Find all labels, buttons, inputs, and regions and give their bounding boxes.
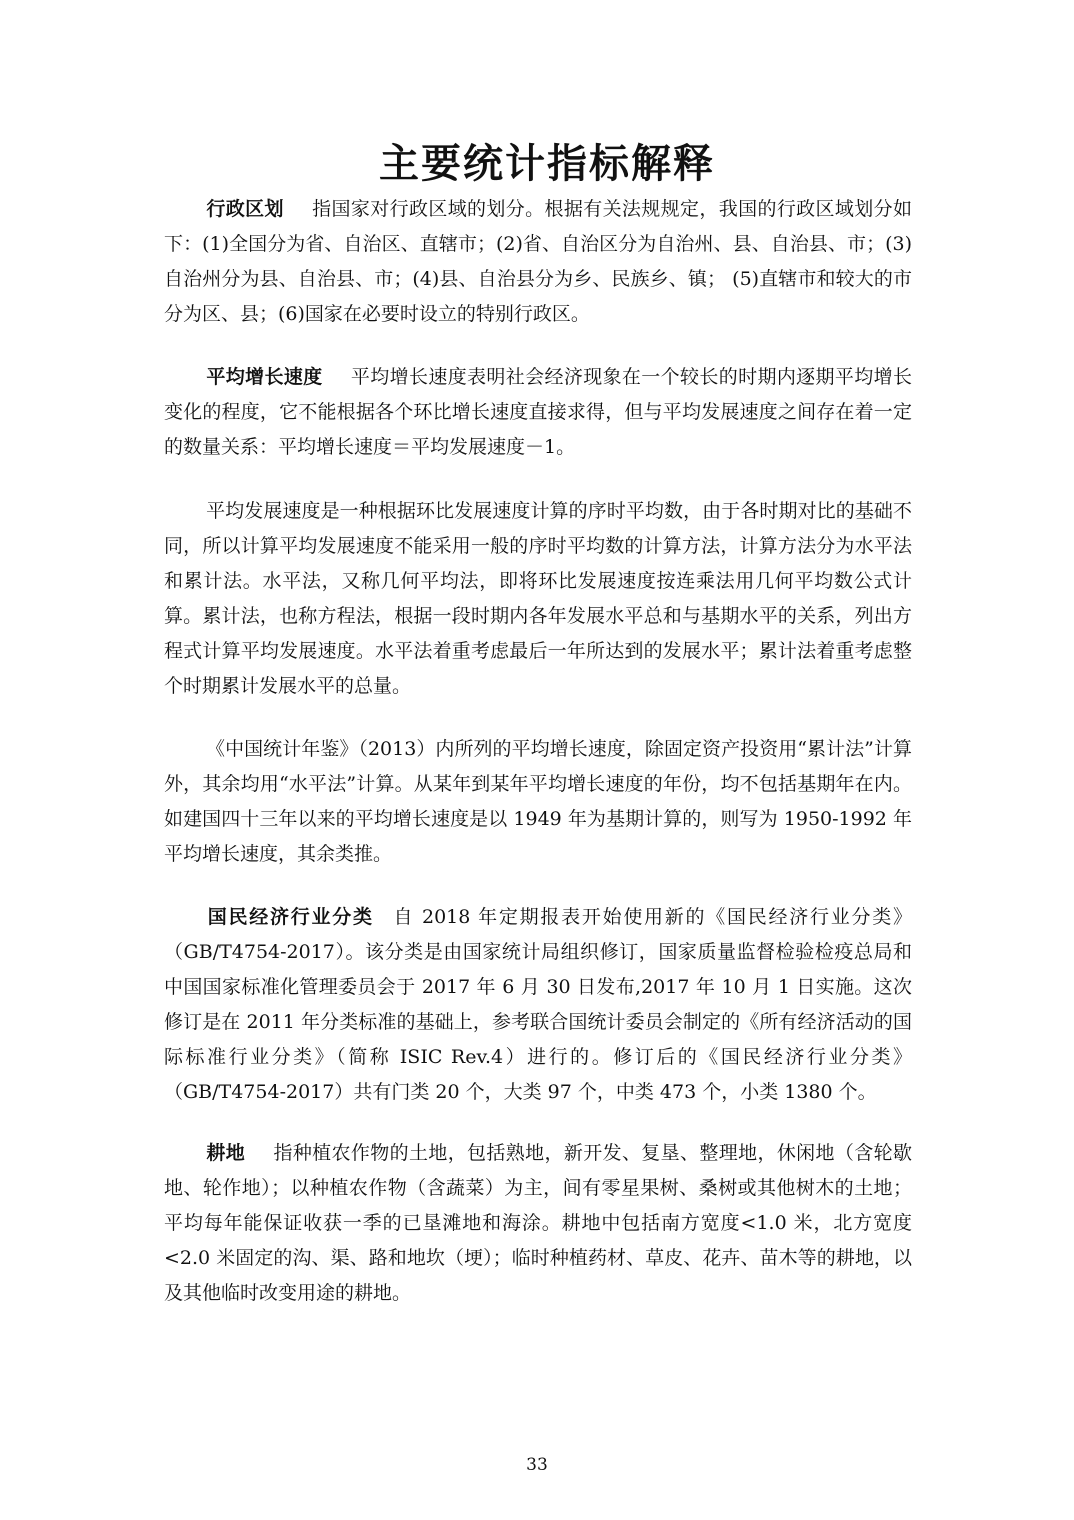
term-heading: 行政区划 — [206, 198, 284, 220]
section-industry-classification: 国民经济行业分类自 2018 年定期报表开始使用新的《国民经济行业分类》（GB/… — [164, 900, 912, 1110]
section-cultivated-land: 耕地指种植农作物的土地，包括熟地，新开发、复垦、整理地，休闲地（含轮歇地、轮作地… — [164, 1136, 912, 1311]
section-body: 平均发展速度是一种根据环比发展速度计算的序时平均数，由于各时期对比的基础不同，所… — [164, 500, 912, 697]
section-yearbook-note: 《中国统计年鉴》（2013）内所列的平均增长速度，除固定资产投资用“累计法”计算… — [164, 732, 912, 872]
page-title: 主要统计指标解释 — [0, 132, 1074, 189]
page-number: 33 — [0, 1455, 1074, 1475]
section-average-growth-rate: 平均增长速度平均增长速度表明社会经济现象在一个较长的时期内逐期平均增长变化的程度… — [164, 360, 912, 465]
section-average-development-rate: 平均发展速度是一种根据环比发展速度计算的序时平均数，由于各时期对比的基础不同，所… — [164, 494, 912, 704]
term-heading: 平均增长速度 — [206, 366, 323, 388]
term-heading: 耕地 — [206, 1142, 245, 1164]
section-body: 《中国统计年鉴》（2013）内所列的平均增长速度，除固定资产投资用“累计法”计算… — [164, 738, 912, 865]
section-body: 自 2018 年定期报表开始使用新的《国民经济行业分类》（GB/T4754-20… — [164, 906, 912, 1103]
section-body: 指种植农作物的土地，包括熟地，新开发、复垦、整理地，休闲地（含轮歇地、轮作地）；… — [164, 1142, 912, 1304]
section-administrative-division: 行政区划指国家对行政区域的划分。根据有关法规规定，我国的行政区域划分如下：(1)… — [164, 192, 912, 332]
term-heading: 国民经济行业分类 — [206, 906, 374, 928]
